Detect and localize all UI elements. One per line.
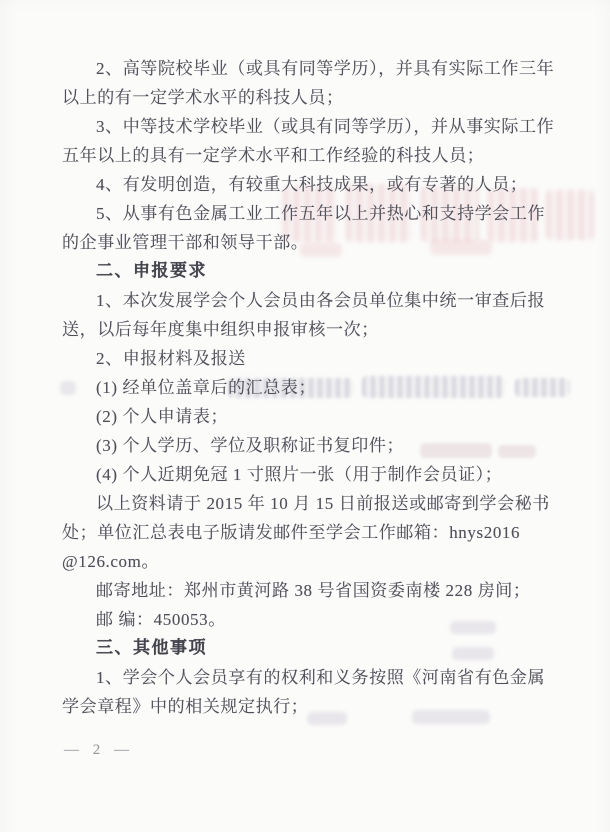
doc-line: (1) 经单位盖章后的汇总表； — [62, 373, 554, 402]
doc-line: (2) 个人申请表； — [62, 402, 554, 431]
scanned-page: 2、高等院校毕业（或具有同等学历），并具有实际工作三年 以上的有一定学术水平的科… — [0, 0, 610, 832]
section-heading-2: 二、申报要求 — [62, 257, 554, 286]
doc-line: 的企事业管理干部和领导干部。 — [62, 228, 554, 257]
doc-line: 2、申报材料及报送 — [62, 344, 554, 373]
doc-line: 送，以后每年度集中组织申报审核一次； — [62, 315, 554, 344]
doc-line: (3) 个人学历、学位及职称证书复印件； — [62, 431, 554, 460]
doc-line: 3、中等技术学校毕业（或具有同等学历），并从事实际工作 — [62, 112, 554, 141]
doc-line: (4) 个人近期免冠 1 寸照片一张（用于制作会员证）； — [62, 460, 554, 489]
doc-line: 邮 编：450053。 — [62, 605, 554, 634]
document-body: 2、高等院校毕业（或具有同等学历），并具有实际工作三年 以上的有一定学术水平的科… — [62, 54, 554, 721]
doc-line: 邮寄地址：郑州市黄河路 38 号省国资委南楼 228 房间； — [62, 576, 554, 605]
doc-line: 5、从事有色金属工业工作五年以上并热心和支持学会工作 — [62, 199, 554, 228]
doc-line: 以上资料请于 2015 年 10 月 15 日前报送或邮寄到学会秘书 — [62, 489, 554, 518]
doc-line: 1、学会个人会员享有的权利和义务按照《河南省有色金属 — [62, 663, 554, 692]
doc-line: 学会章程》中的相关规定执行； — [62, 692, 554, 721]
page-number: — 2 — — [64, 742, 134, 759]
doc-line: 处；单位汇总表电子版请发邮件至学会工作邮箱：hnys2016 — [62, 518, 554, 547]
doc-line: 以上的有一定学术水平的科技人员； — [62, 83, 554, 112]
doc-line: 2、高等院校毕业（或具有同等学历），并具有实际工作三年 — [62, 54, 554, 83]
doc-line: 4、有发明创造，有较重大科技成果，或有专著的人员； — [62, 170, 554, 199]
doc-line: 五年以上的具有一定学术水平和工作经验的科技人员； — [62, 141, 554, 170]
doc-line: @126.com。 — [62, 547, 554, 576]
doc-line: 1、本次发展学会个人会员由各会员单位集中统一审查后报 — [62, 286, 554, 315]
section-heading-3: 三、其他事项 — [62, 634, 554, 663]
